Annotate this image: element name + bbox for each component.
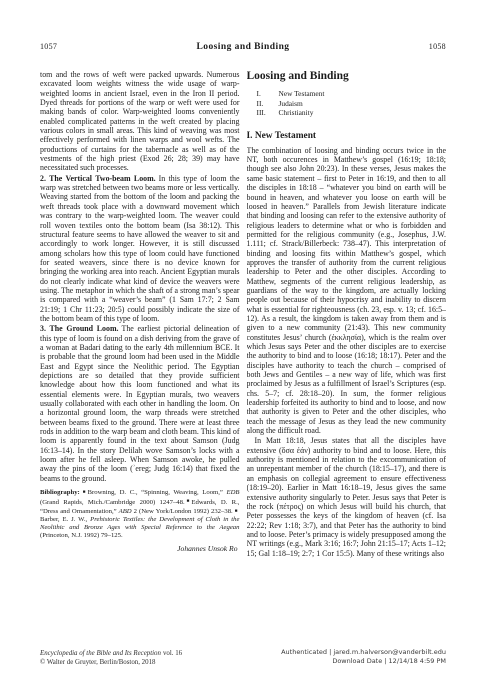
right-column: Loosing and Binding I. New Testament II.…	[247, 70, 447, 637]
volume-number: vol. 16	[163, 650, 182, 657]
outline-numeral: I.	[257, 89, 279, 99]
authentication-stamp: Authenticated | jared.m.halverson@vander…	[281, 648, 446, 667]
inline-section-heading: 3. The Ground Loom.	[40, 324, 119, 333]
outline-numeral: II.	[257, 99, 279, 109]
author-signature: Johannes Unsok Ro	[40, 544, 240, 553]
inline-section-heading: 2. The Vertical Two-beam Loom.	[40, 174, 156, 183]
left-column: tom and the rows of weft were packed upw…	[40, 70, 240, 637]
running-title: Loosing and Binding	[196, 42, 289, 52]
article-title: Loosing and Binding	[247, 70, 447, 82]
outline-numeral: III.	[257, 108, 279, 118]
section-paragraph-vertical-loom: 2. The Vertical Two-beam Loom.In this ty…	[40, 174, 240, 324]
authenticated-line: Authenticated | jared.m.halverson@vander…	[281, 648, 446, 658]
bibliography-entry: Barber, E. J. W., Prehistoric Textiles: …	[40, 516, 240, 539]
series-title: Encyclopedia of the Bible and Its Recept…	[40, 650, 161, 657]
page-footer: Encyclopedia of the Bible and Its Recept…	[40, 648, 446, 667]
section-paragraph-ground-loom: 3. The Ground Loom.The earliest pictoria…	[40, 324, 240, 483]
square-bullet-icon: ■	[187, 497, 190, 505]
outline-label: Judaism	[279, 99, 303, 109]
imprint: Encyclopedia of the Bible and Its Recept…	[40, 649, 182, 667]
imprint-series-line: Encyclopedia of the Bible and Its Recept…	[40, 649, 182, 658]
page-number-right: 1058	[429, 42, 446, 51]
download-date-line: Download Date | 12/14/18 4:59 PM	[281, 657, 446, 667]
bibliography-label: Bibliography:	[40, 489, 80, 496]
body-paragraph: In Matt 18:18, Jesus states that all the…	[247, 436, 447, 557]
text-columns: tom and the rows of weft were packed upw…	[40, 70, 446, 637]
outline-item: II. Judaism	[247, 99, 447, 109]
running-header: 1057 Loosing and Binding 1058	[40, 42, 446, 52]
paragraph-continuation: tom and the rows of weft were packed upw…	[40, 70, 240, 173]
section-body: In this type of loom the warp was stretc…	[40, 174, 240, 323]
outline-label: Christianity	[279, 108, 314, 118]
outline-label: New Testament	[279, 89, 325, 99]
outline-item: III. Christianity	[247, 108, 447, 118]
bibliography: Bibliography:■Browning, D. C., “Spinning…	[40, 488, 240, 541]
square-bullet-icon: ■	[235, 507, 238, 515]
copyright-line: © Walter de Gruyter, Berlin/Boston, 2018	[40, 658, 182, 667]
article-outline: I. New Testament II. Judaism III. Christ…	[247, 89, 447, 118]
encyclopedia-page: 1057 Loosing and Binding 1058 tom and th…	[0, 0, 482, 680]
outline-item: I. New Testament	[247, 89, 447, 99]
section-body: The earliest pictorial delineation of th…	[40, 324, 240, 483]
section-heading-new-testament: I. New Testament	[247, 131, 447, 141]
body-paragraph: The combination of loosing and binding o…	[247, 146, 447, 436]
square-bullet-icon: ■	[83, 488, 86, 496]
page-number-left: 1057	[40, 42, 57, 51]
